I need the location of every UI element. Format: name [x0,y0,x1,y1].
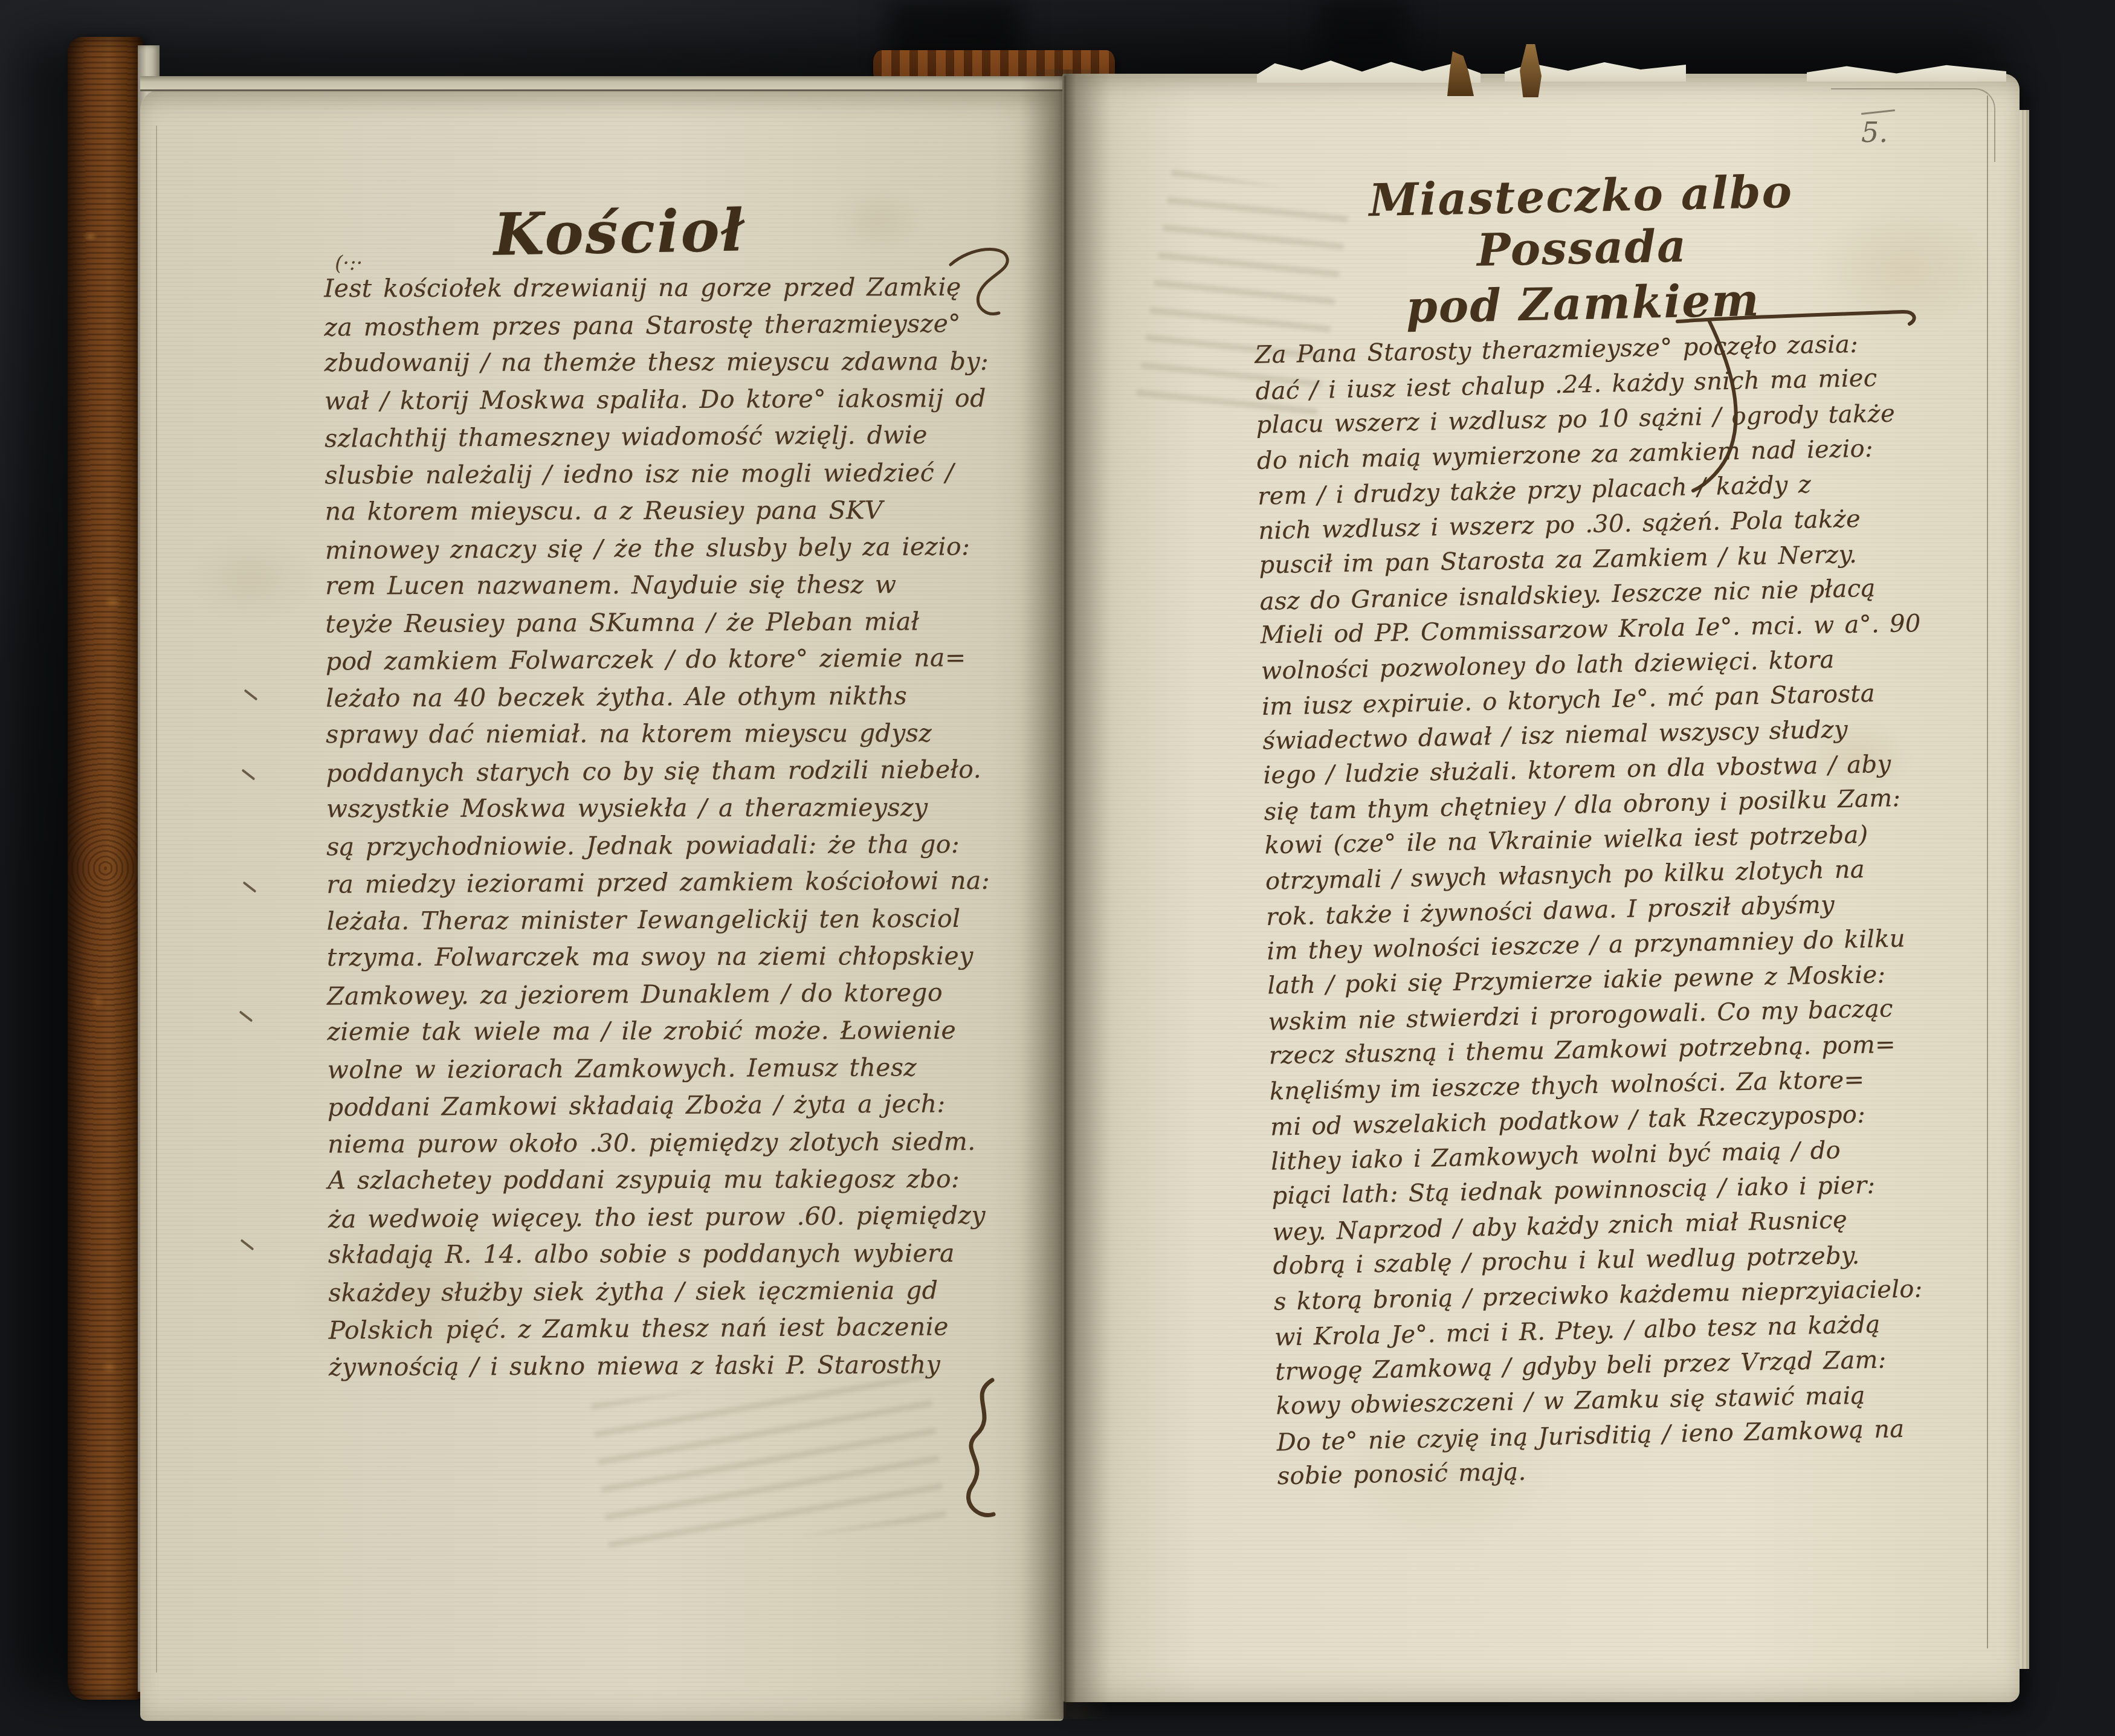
manuscript-line: są przychodniowie. Jednak powiadali: że … [326,825,1051,866]
manuscript-line: wał / ktorij Moskwa spaliła. Do ktore° i… [325,379,1050,420]
right-page-text: Za Pana Starosty therazmieysze° poczęło … [1254,323,2039,1495]
manuscript-line: szlachthij thameszney wiadomość wzięlj. … [325,416,1050,457]
manuscript-line: zbudowanij / na themże thesz mieyscu zda… [325,343,1050,382]
manuscript-line: slusbie należalij / iedno isz nie mogli … [325,454,1050,494]
under-page-corner-edge [1831,88,1995,162]
damaged-paper-fragment [1520,44,1542,97]
left-page-heading: Kościoł [493,196,746,268]
leather-spine [68,37,143,1700]
manuscript-line: leżała. Theraz minister Iewangelickij te… [327,900,1052,940]
manuscript-line: Polskich pięć. z Zamku thesz nań iest ba… [328,1308,1053,1349]
heading-line-1: Miasteczko albo Possada [1260,164,1902,281]
end-of-text-flourish [926,1376,1004,1534]
manuscript-line: Zamkowey. za jeziorem Dunaklem / do ktor… [327,973,1052,1015]
manuscript-line: teyże Reusiey pana SKumna / że Pleban mi… [325,602,1050,643]
manuscript-line: minowey znaczy się / że the slusby bely … [325,528,1050,569]
manuscript-line: poddanych starych co by się tham rodzili… [326,750,1051,792]
margin-tick [243,881,257,892]
page-top-edges [140,76,1064,91]
manuscript-line: za mosthem przes pana Starostę therazmie… [324,305,1049,346]
margin-rule-line [156,126,157,1673]
manuscript-line: A szlachetey poddani zsypuią mu takiegos… [328,1161,1053,1199]
margin-tick [239,1010,253,1022]
manuscript-book: Kościoł (·:· Iest kościołek drzewianij n… [54,33,2030,1701]
manuscript-line: wolne w ieziorach Zamkowych. Iemusz thes… [328,1048,1053,1089]
torn-paper-remnant [1807,61,2006,82]
photo-background: Kościoł (·:· Iest kościołek drzewianij n… [0,0,2115,1736]
manuscript-line: poddani Zamkowi składaią Zboża / żyta a … [328,1085,1053,1126]
margin-tick [244,689,258,700]
gutter-crease [1064,76,1066,1713]
margin-tick [241,1239,254,1250]
manuscript-line: na ktorem mieyscu. a z Reusiey pana SKV [325,492,1050,531]
page-number: 5. [1861,116,1888,149]
manuscript-line: pod zamkiem Folwarczek / do ktore° ziemi… [326,639,1051,680]
left-page: Kościoł (·:· Iest kościołek drzewianij n… [140,89,1064,1721]
manuscript-line: leżało na 40 beczek żytha. Ale othym nik… [326,677,1051,717]
left-page-text: Iest kościołek drzewianij na gorze przed… [324,268,1054,1386]
manuscript-line: skażdey służby siek żytha / siek ięczmie… [328,1271,1053,1312]
manuscript-line: niema purow około .30. pięmiędzy zlotych… [328,1123,1053,1163]
manuscript-line: trzyma. Folwarczek ma swoy na ziemi chło… [327,938,1052,976]
manuscript-line: sprawy dać niemiał. na ktorem mieyscu gd… [326,715,1051,753]
torn-paper-remnant [1257,55,1480,83]
manuscript-line: ra miedzy ieziorami przed zamkiem kościo… [326,862,1051,903]
manuscript-line: składają R. 14. albo sobie s poddanych w… [328,1235,1053,1274]
margin-tick [242,769,256,780]
manuscript-line: rem Lucen nazwanem. Nayduie się thesz w [325,566,1050,605]
manuscript-line: wszystkie Moskwa wysiekła / a therazmiey… [326,789,1051,828]
manuscript-line: ża wedwoię więcey. tho iest purow .60. p… [328,1196,1053,1238]
right-page: 5. Miasteczko albo Possada pod Zamkiem Z… [1062,74,2020,1702]
ink-show-through [591,1363,946,1560]
manuscript-line: ziemie tak wiele ma / ile zrobić może. Ł… [327,1012,1052,1051]
manuscript-line: Iest kościołek drzewianij na gorze przed… [324,269,1049,308]
